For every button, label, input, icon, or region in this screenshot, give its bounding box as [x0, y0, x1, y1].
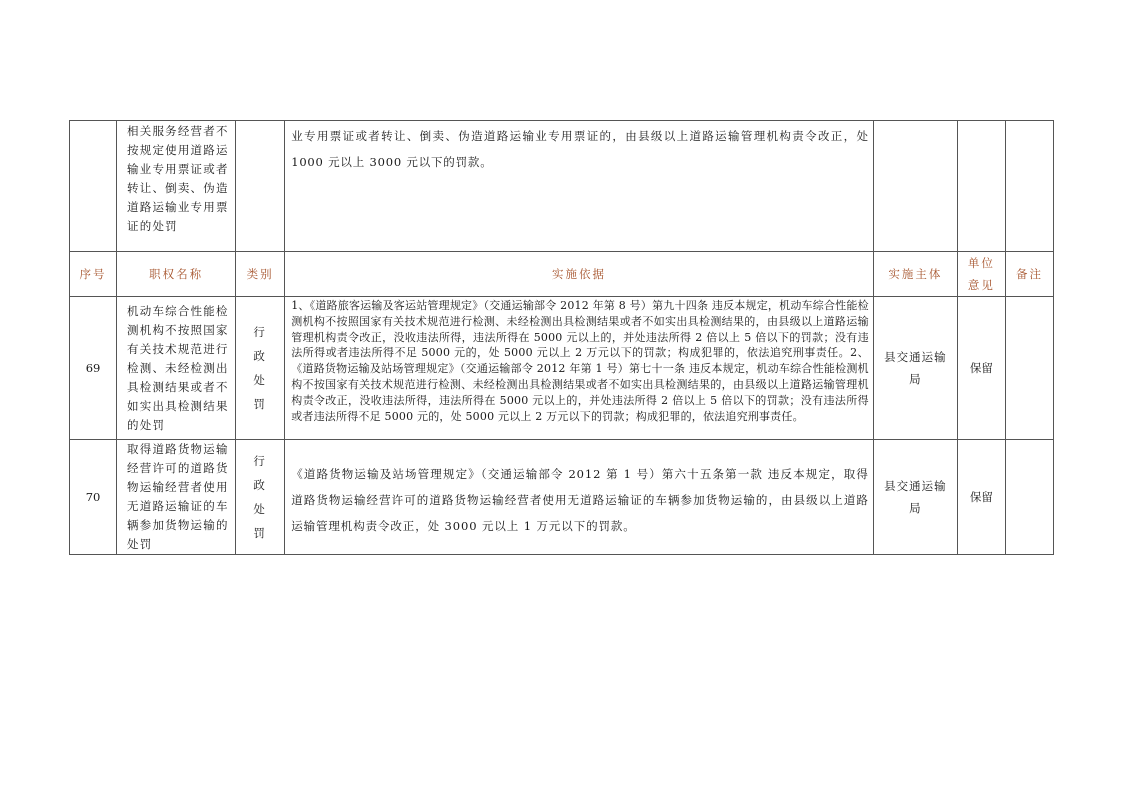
cell-name: 取得道路货物运输经营许可的道路货物运输经营者使用无道路运输证的车辆参加货物运输的… [117, 440, 236, 555]
cell-type: 行政处罚 [236, 440, 285, 555]
type-text: 行政处罚 [247, 449, 273, 545]
header-note: 备注 [1005, 252, 1053, 297]
cell-type [236, 121, 285, 252]
table-header-row: 序号 职权名称 类别 实施依据 实施主体 单位 意见 备注 [70, 252, 1054, 297]
cell-basis: 1、《道路旅客运输及客运站管理规定》（交通运输部令 2012 年第 8 号）第九… [285, 297, 874, 440]
cell-basis: 《道路货物运输及站场管理规定》（交通运输部令 2012 第 1 号）第六十五条第… [285, 440, 874, 555]
header-opinion: 单位 意见 [957, 252, 1005, 297]
header-org: 实施主体 [873, 252, 957, 297]
cell-seq [70, 121, 117, 252]
cell-opinion [957, 121, 1005, 252]
authority-table: 相关服务经营者不按规定使用道路运输业专用票证或者转让、倒卖、伪造道路运输业专用票… [69, 120, 1054, 555]
cell-opinion: 保留 [957, 440, 1005, 555]
cell-name: 相关服务经营者不按规定使用道路运输业专用票证或者转让、倒卖、伪造道路运输业专用票… [117, 121, 236, 252]
cell-basis: 业专用票证或者转让、倒卖、伪造道路运输业专用票证的，由县级以上道路运输管理机构责… [285, 121, 874, 252]
cell-name: 机动车综合性能检测机构不按照国家有关技术规范进行检测、未经检测出具检测结果或者不… [117, 297, 236, 440]
cell-org [873, 121, 957, 252]
cell-org: 县交通运输局 [873, 297, 957, 440]
header-seq: 序号 [70, 252, 117, 297]
header-name: 职权名称 [117, 252, 236, 297]
cell-opinion: 保留 [957, 297, 1005, 440]
header-basis: 实施依据 [285, 252, 874, 297]
org-text: 县交通运输局 [880, 346, 950, 390]
table-row: 69 机动车综合性能检测机构不按照国家有关技术规范进行检测、未经检测出具检测结果… [70, 297, 1054, 440]
header-opinion-line2: 意见 [958, 274, 1005, 296]
cell-note [1005, 297, 1053, 440]
cell-seq: 70 [70, 440, 117, 555]
org-text: 县交通运输局 [880, 475, 950, 519]
header-opinion-line1: 单位 [958, 252, 1005, 274]
table-row: 70 取得道路货物运输经营许可的道路货物运输经营者使用无道路运输证的车辆参加货物… [70, 440, 1054, 555]
cell-type: 行政处罚 [236, 297, 285, 440]
cell-seq: 69 [70, 297, 117, 440]
table-row-continuation: 相关服务经营者不按规定使用道路运输业专用票证或者转让、倒卖、伪造道路运输业专用票… [70, 121, 1054, 252]
header-type: 类别 [236, 252, 285, 297]
cell-org: 县交通运输局 [873, 440, 957, 555]
cell-note [1005, 440, 1053, 555]
cell-note [1005, 121, 1053, 252]
type-text: 行政处罚 [247, 320, 273, 416]
